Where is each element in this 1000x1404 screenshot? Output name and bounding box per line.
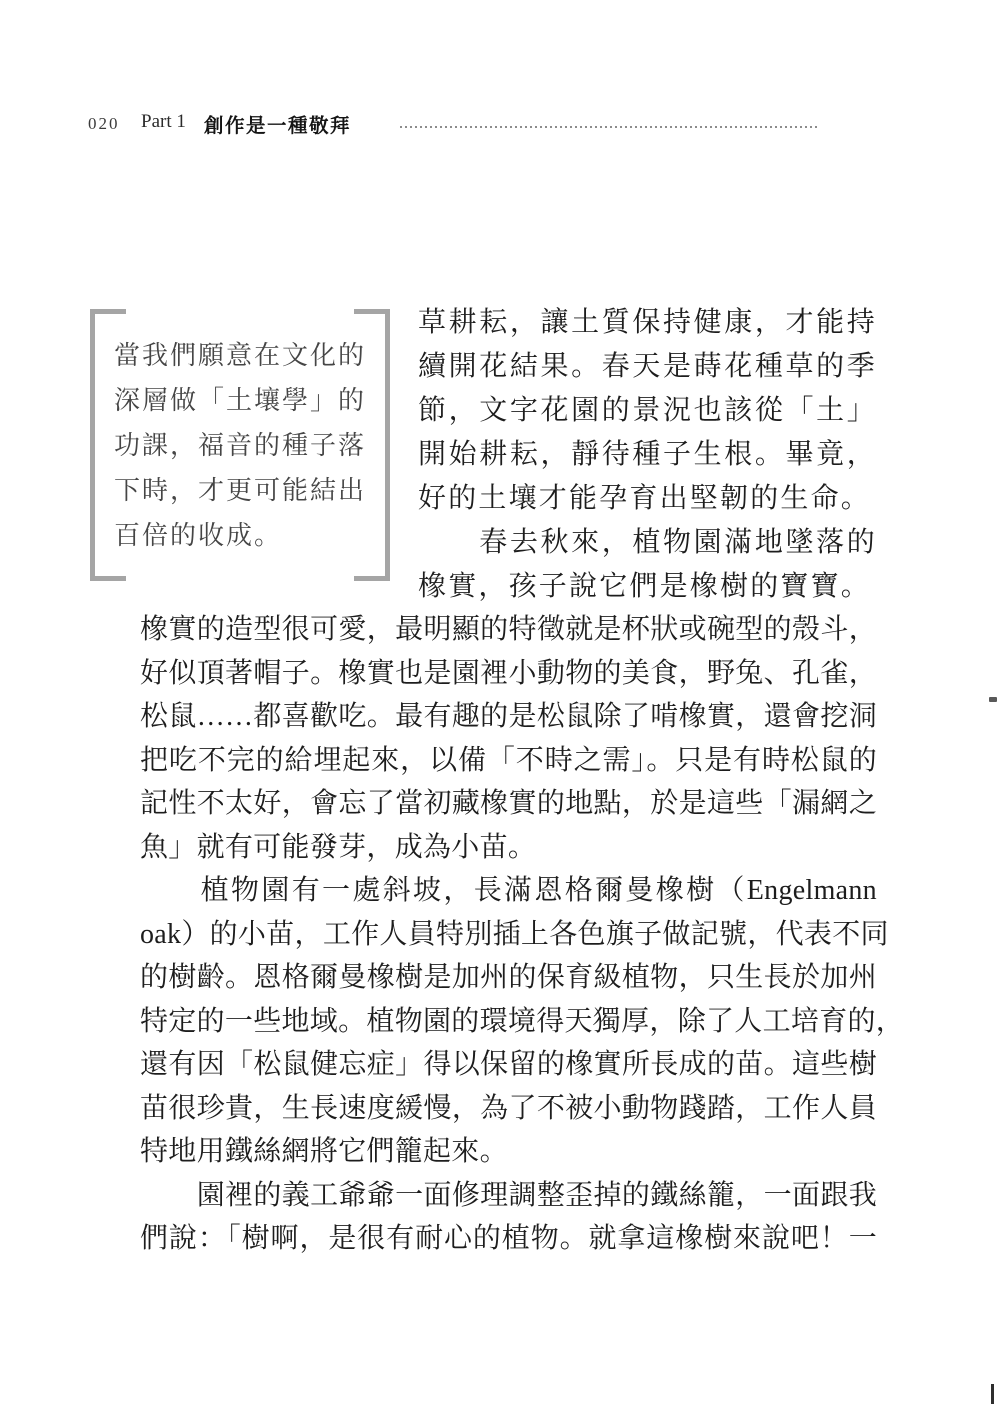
body-line: 節，文字花園的景況也該從「土」 xyxy=(418,389,877,433)
quote-line: 百倍的收成。 xyxy=(114,513,370,558)
pull-quote-box: 當我們願意在文化的 深層做「土壤學」的 功課，福音的種子落 下時，才更可能結出 … xyxy=(90,309,390,581)
body-line: 開始耕耘，靜待種子生根。畢竟， xyxy=(418,433,877,477)
body-line: 好似頂著帽子。橡實也是園裡小動物的美食，野兔、孔雀， xyxy=(140,652,877,696)
scan-mark xyxy=(991,1384,994,1404)
part-title: 創作是一種敬拜 xyxy=(204,110,351,138)
body-full-text: 橡實的造型很可愛，最明顯的特徵就是杯狀或碗型的殼斗， 好似頂著帽子。橡實也是園裡… xyxy=(140,608,877,1261)
quote-line: 功課，福音的種子落 xyxy=(114,423,370,468)
body-line: 松鼠……都喜歡吃。最有趣的是松鼠除了啃橡實，還會挖洞 xyxy=(140,695,877,739)
body-line: 特定的一些地域。植物園的環境得天獨厚，除了人工培育的， xyxy=(140,1000,877,1044)
body-line: 的樹齡。恩格爾曼橡樹是加州的保育級植物，只生長於加州 xyxy=(140,956,877,1000)
body-line: 們說：「樹啊，是很有耐心的植物。就拿這橡樹來說吧！一 xyxy=(140,1217,877,1261)
body-line: 草耕耘，讓土質保持健康，才能持 xyxy=(418,301,877,345)
body-line: 把吃不完的給埋起來，以備「不時之需」。只是有時松鼠的 xyxy=(140,739,877,783)
quote-line: 當我們願意在文化的 xyxy=(114,333,370,378)
body-line: oak）的小苗，工作人員特別插上各色旗子做記號，代表不同 xyxy=(140,913,877,957)
body-line: 特地用鐵絲網將它們籠起來。 xyxy=(140,1130,877,1174)
body-line: 植物園有一處斜坡，長滿恩格爾曼橡樹（Engelmann xyxy=(140,869,877,913)
page-number: 020 xyxy=(88,114,120,134)
header-dotted-rule xyxy=(400,126,818,128)
body-line: 園裡的義工爺爺一面修理調整歪掉的鐵絲籠，一面跟我 xyxy=(140,1174,877,1218)
body-line: 記性不太好，會忘了當初藏橡實的地點，於是這些「漏網之 xyxy=(140,782,877,826)
body-line: 苗很珍貴，生長速度緩慢，為了不被小動物踐踏，工作人員 xyxy=(140,1087,877,1131)
body-line: 還有因「松鼠健忘症」得以保留的橡實所長成的苗。這些樹 xyxy=(140,1043,877,1087)
body-line: 續開花結果。春天是蒔花種草的季 xyxy=(418,345,877,389)
body-line: 橡實的造型很可愛，最明顯的特徵就是杯狀或碗型的殼斗， xyxy=(140,608,877,652)
body-line: 橡實，孩子說它們是橡樹的寶寶。 xyxy=(418,565,877,609)
body-column-text: 草耕耘，讓土質保持健康，才能持 續開花結果。春天是蒔花種草的季 節，文字花園的景… xyxy=(418,301,877,609)
body-line: 好的土壤才能孕育出堅韌的生命。 xyxy=(418,477,877,521)
quote-line: 下時，才更可能結出 xyxy=(114,468,370,513)
scan-mark xyxy=(989,697,997,702)
quote-line: 深層做「土壤學」的 xyxy=(114,378,370,423)
body-line: 魚」就有可能發芽，成為小苗。 xyxy=(140,826,877,870)
body-line: 春去秋來，植物園滿地墜落的 xyxy=(418,521,877,565)
part-label: Part 1 xyxy=(141,111,186,133)
book-page: 020 Part 1 創作是一種敬拜 當我們願意在文化的 深層做「土壤學」的 功… xyxy=(0,0,1000,1404)
pull-quote-text: 當我們願意在文化的 深層做「土壤學」的 功課，福音的種子落 下時，才更可能結出 … xyxy=(114,333,370,558)
